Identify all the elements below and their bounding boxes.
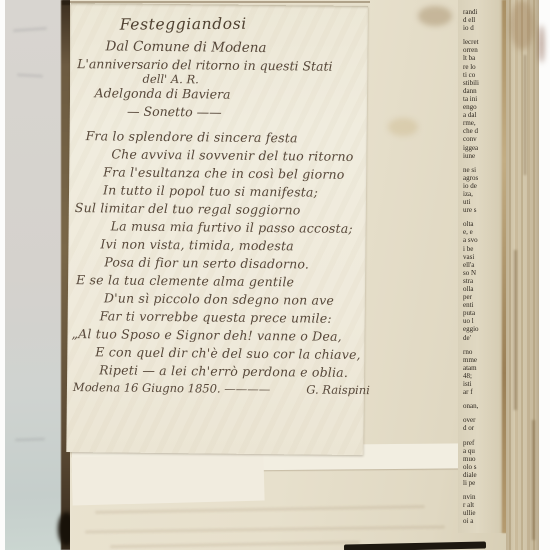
signature: G. Raispini: [306, 382, 370, 397]
printed-fragment: conv: [458, 135, 506, 143]
manuscript-header-line: Adelgonda di Baviera: [20, 84, 305, 102]
printed-fragment: olo s: [458, 463, 506, 471]
printed-fragment: re lo: [458, 63, 506, 71]
book-fore-edge: [506, 0, 539, 550]
printed-fragment-group: ne siagrosio deiza,utiure s: [458, 166, 506, 215]
printed-fragment: ti co: [458, 71, 506, 79]
printed-fragment: io de: [458, 182, 506, 190]
printed-fragment: io d: [458, 24, 506, 32]
printed-fragment-group: onan,: [458, 402, 506, 410]
printed-fragment-group: rnommeatam48;istiar f: [458, 348, 506, 397]
sonetto-title: — Sonetto ——: [32, 103, 317, 121]
printed-fragment: d or: [458, 424, 506, 432]
printed-fragment: pref: [458, 439, 506, 447]
printed-fragment: per: [458, 293, 506, 301]
manuscript-header-line: Festeggiandosi: [41, 14, 326, 34]
printed-fragment: engo: [458, 103, 506, 111]
printed-fragment: diale: [458, 471, 506, 479]
page-stain: [388, 118, 418, 136]
sonnet-poem: Fra lo splendore di sincera festaChe avv…: [73, 127, 361, 382]
printed-fragment: iune: [458, 152, 506, 160]
printed-fragment: puta: [458, 309, 506, 317]
printed-fragment: stibili: [458, 79, 506, 87]
printed-fragment: dann: [458, 87, 506, 95]
printed-fragment: r alt: [458, 501, 506, 509]
printed-text-strip: randid ellio dlecretorrenlt bare loti co…: [458, 0, 506, 533]
printed-fragment: ure s: [458, 206, 506, 214]
printed-fragment: lt ba: [458, 54, 506, 62]
fore-edge-crease: [514, 250, 517, 410]
printed-fragment: stra: [458, 277, 506, 285]
blank-paper-slip: [71, 452, 264, 505]
dateline: Modena 16 Giugno 1850. ————: [73, 380, 270, 396]
printed-fragment: ell'a: [458, 261, 506, 269]
printed-fragment: lecret: [458, 38, 506, 46]
printed-fragment: che d: [458, 127, 506, 135]
printed-fragment: de': [458, 334, 506, 342]
printed-fragment: agros: [458, 174, 506, 182]
printed-fragment: over: [458, 416, 506, 424]
open-book-photo: Festeggiandosi Dal Comune di Modena L'an…: [0, 0, 550, 550]
printed-fragment: olla: [458, 285, 506, 293]
printed-fragment: muo: [458, 455, 506, 463]
printed-fragment: rme,: [458, 119, 506, 127]
printed-fragment: iggea: [458, 144, 506, 152]
printed-fragment: vasi: [458, 253, 506, 261]
printed-fragment: i be: [458, 245, 506, 253]
dateline-row: Modena 16 Giugno 1850. ———— G. Raispini: [73, 380, 358, 397]
printed-fragment: e, e: [458, 228, 506, 236]
printed-fragment-group: lecretorrenlt bare loti costibilidannta …: [458, 38, 506, 159]
manuscript-text: Festeggiandosi Dal Comune di Modena L'an…: [73, 14, 362, 397]
printed-fragment: d ell: [458, 16, 506, 24]
printed-fragment-group: prefa qumuoolo sdialeli pe: [458, 439, 506, 488]
printed-fragment: uo l: [458, 317, 506, 325]
printed-fragment: nvin: [458, 493, 506, 501]
fore-edge-crease: [524, 55, 526, 175]
printed-fragment: orren: [458, 46, 506, 54]
printed-fragment: ullie: [458, 509, 506, 517]
printed-fragment-group: nvinr altullieoi a: [458, 493, 506, 525]
printed-fragment: isti: [458, 380, 506, 388]
printed-fragment: mme: [458, 356, 506, 364]
printed-fragment: enti: [458, 301, 506, 309]
printed-fragment: a dal: [458, 111, 506, 119]
manuscript-header-line: Dal Comune di Modena: [43, 38, 328, 57]
printed-fragment: olta: [458, 220, 506, 228]
manuscript-sheet: Festeggiandosi Dal Comune di Modena L'an…: [66, 3, 368, 455]
left-page-showthrough-mark: [15, 437, 45, 441]
printed-fragment: li pe: [458, 479, 506, 487]
page-stain: [418, 6, 452, 26]
printed-fragment-group: randid ellio d: [458, 8, 506, 32]
printed-fragment: a qu: [458, 447, 506, 455]
printed-fragment: ne si: [458, 166, 506, 174]
printed-fragment: 48;: [458, 372, 506, 380]
printed-fragment: onan,: [458, 402, 506, 410]
fore-edge-stain: [510, 0, 534, 50]
printed-fragment-group: oltae, ea svoi bevasiell'aso Nstraollape…: [458, 220, 506, 341]
printed-fragment: ta ini: [458, 95, 506, 103]
fore-edge-crease: [532, 420, 535, 540]
fore-edge-red-streak: [539, 25, 544, 63]
printed-fragment-group: overd or: [458, 416, 506, 432]
printed-fragment: rno: [458, 348, 506, 356]
poem-line: Ripeti — a lei ch'errò perdona e oblia.: [99, 361, 358, 382]
printed-fragment: atam: [458, 364, 506, 372]
printed-fragment: randi: [458, 8, 506, 16]
printed-fragment: iza,: [458, 190, 506, 198]
printed-fragment: oi a: [458, 517, 506, 525]
printed-fragment: so N: [458, 269, 506, 277]
printed-fragment: eggio: [458, 325, 506, 333]
printed-fragment: ar f: [458, 388, 506, 396]
printed-fragment: a svo: [458, 236, 506, 244]
printed-fragment: uti: [458, 198, 506, 206]
